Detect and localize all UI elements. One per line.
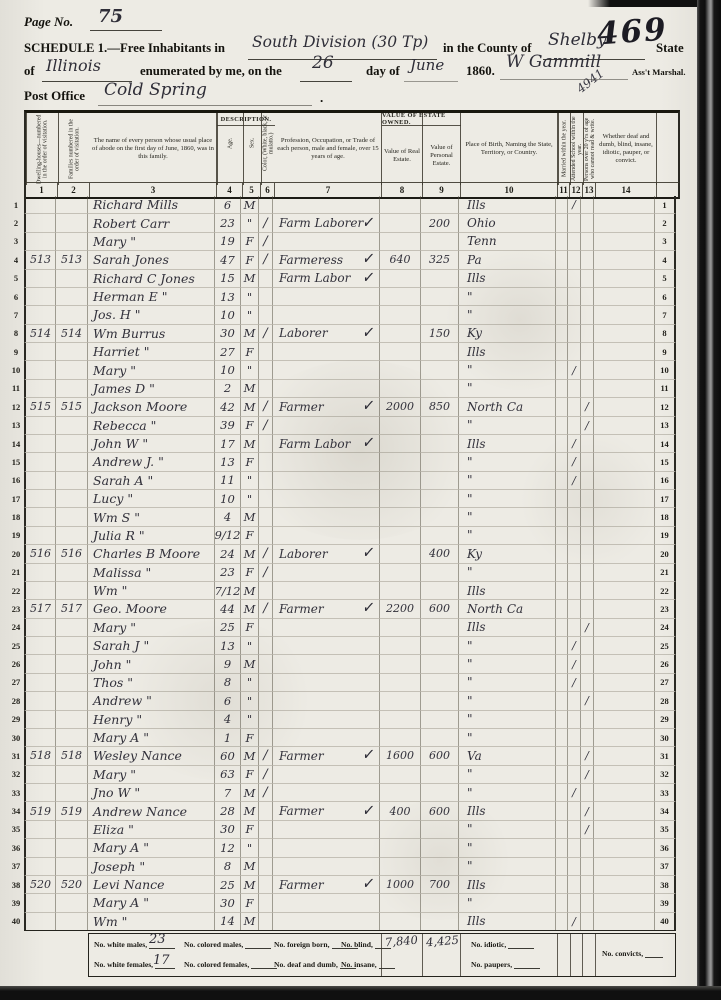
birthplace: Ills bbox=[459, 802, 556, 820]
division-underline bbox=[248, 59, 437, 60]
dwelling-number bbox=[24, 288, 56, 306]
sex: M bbox=[241, 545, 259, 563]
age: 17 bbox=[215, 435, 241, 453]
age: 6 bbox=[215, 196, 241, 214]
col14-blank bbox=[594, 270, 655, 288]
sex: " bbox=[241, 214, 259, 232]
married-mark bbox=[556, 600, 568, 618]
married-mark bbox=[556, 380, 568, 398]
occupation-text: Farmer bbox=[279, 878, 324, 892]
sex: " bbox=[241, 637, 259, 655]
married-mark bbox=[556, 527, 568, 545]
person-name: Sarah Jones bbox=[88, 251, 215, 269]
occupation bbox=[273, 453, 380, 471]
county-value: Shelby bbox=[548, 30, 607, 50]
col14-blank bbox=[594, 196, 655, 214]
family-number: 518 bbox=[56, 747, 88, 765]
school-mark: / bbox=[568, 196, 581, 214]
row-number-right: 30 bbox=[655, 729, 676, 747]
col14-blank bbox=[594, 288, 655, 306]
age: 8 bbox=[215, 858, 241, 876]
row-number-left: 20 bbox=[8, 545, 24, 563]
cantread-mark bbox=[581, 913, 594, 931]
dwelling-number: 517 bbox=[24, 600, 56, 618]
year-value: 1860. bbox=[466, 64, 495, 79]
school-mark: / bbox=[568, 435, 581, 453]
row-number-left: 2 bbox=[8, 214, 24, 232]
color-mark bbox=[259, 435, 273, 453]
age: 30 bbox=[215, 894, 241, 912]
age: 27 bbox=[215, 343, 241, 361]
cantread-mark bbox=[581, 196, 594, 214]
dwelling-number: 516 bbox=[24, 545, 56, 563]
real-estate-value bbox=[380, 435, 421, 453]
married-mark bbox=[556, 766, 568, 784]
table-row: 28Andrew "6""/28 bbox=[8, 692, 676, 710]
person-name: Andrew " bbox=[88, 692, 215, 710]
sex: " bbox=[241, 674, 259, 692]
family-number bbox=[56, 306, 88, 324]
column-number: 4 bbox=[217, 183, 243, 197]
row-number-right: 20 bbox=[655, 545, 676, 563]
row-number-right: 8 bbox=[655, 325, 676, 343]
occupation: Farm Labor✓ bbox=[273, 270, 380, 288]
row-number-right: 35 bbox=[655, 821, 676, 839]
personal-estate-value bbox=[421, 343, 459, 361]
cantread-mark bbox=[581, 361, 594, 379]
col14-blank bbox=[594, 729, 655, 747]
check-mark: ✓ bbox=[361, 874, 376, 896]
row-number-right: 27 bbox=[655, 674, 676, 692]
row-number-right: 32 bbox=[655, 766, 676, 784]
married-mark bbox=[556, 233, 568, 251]
table-row: 15Andrew J. "13F"/15 bbox=[8, 453, 676, 471]
occupation: Farmer✓ bbox=[273, 876, 380, 894]
family-number bbox=[56, 380, 88, 398]
married-mark bbox=[556, 858, 568, 876]
table-row: 3Mary "19F/Tenn3 bbox=[8, 233, 676, 251]
column-number: 8 bbox=[382, 183, 423, 197]
dwelling-number bbox=[24, 361, 56, 379]
check-mark: ✓ bbox=[361, 745, 376, 767]
personal-estate-value bbox=[421, 894, 459, 912]
occupation: Farmer✓ bbox=[273, 802, 380, 820]
row-number-right: 18 bbox=[655, 508, 676, 526]
col14-blank bbox=[594, 637, 655, 655]
school-mark: / bbox=[568, 453, 581, 471]
row-number-right: 26 bbox=[655, 655, 676, 673]
scan-edge-bottom bbox=[0, 986, 721, 1000]
col14-blank bbox=[594, 343, 655, 361]
row-number-left: 39 bbox=[8, 894, 24, 912]
col14-blank bbox=[594, 711, 655, 729]
dwelling-number bbox=[24, 508, 56, 526]
person-name: Mary " bbox=[88, 766, 215, 784]
table-row: 30Mary A "1F"30 bbox=[8, 729, 676, 747]
color-mark: / bbox=[259, 766, 273, 784]
age: 10 bbox=[215, 361, 241, 379]
school-mark bbox=[568, 839, 581, 857]
dwelling-number bbox=[24, 692, 56, 710]
personal-estate-value bbox=[421, 784, 459, 802]
row-number-left: 33 bbox=[8, 784, 24, 802]
person-name: Thos " bbox=[88, 674, 215, 692]
married-mark bbox=[556, 802, 568, 820]
family-number: 514 bbox=[56, 325, 88, 343]
school-mark: / bbox=[568, 784, 581, 802]
family-number bbox=[56, 729, 88, 747]
school-mark bbox=[568, 214, 581, 232]
table-row: 7Jos. H "10""7 bbox=[8, 306, 676, 324]
married-mark bbox=[556, 674, 568, 692]
color-mark bbox=[259, 270, 273, 288]
col14-blank bbox=[594, 453, 655, 471]
column-heading-1: Dwelling-houses—numbered in the order of… bbox=[26, 113, 58, 185]
married-mark bbox=[556, 361, 568, 379]
birthplace: Tenn bbox=[459, 233, 556, 251]
age: 25 bbox=[215, 619, 241, 637]
color-mark bbox=[259, 527, 273, 545]
family-number bbox=[56, 692, 88, 710]
sex: F bbox=[241, 233, 259, 251]
cantread-mark bbox=[581, 600, 594, 618]
color-mark: / bbox=[259, 233, 273, 251]
real-estate-value bbox=[380, 711, 421, 729]
family-number bbox=[56, 472, 88, 490]
real-estate-value bbox=[380, 784, 421, 802]
row-number-right: 24 bbox=[655, 619, 676, 637]
cantread-mark bbox=[581, 711, 594, 729]
table-row: 40Wm "14MIlls/40 bbox=[8, 913, 676, 931]
school-mark: / bbox=[568, 637, 581, 655]
column-number: 1 bbox=[26, 183, 58, 197]
occupation bbox=[273, 821, 380, 839]
col14-blank bbox=[594, 361, 655, 379]
person-name: Andrew J. " bbox=[88, 453, 215, 471]
check-mark: ✓ bbox=[361, 433, 376, 455]
dwelling-number: 513 bbox=[24, 251, 56, 269]
dwelling-number bbox=[24, 784, 56, 802]
dwelling-number bbox=[24, 527, 56, 545]
table-row: 20516516Charles B Moore24M/Laborer✓400Ky… bbox=[8, 545, 676, 563]
person-name: Mary A " bbox=[88, 729, 215, 747]
row-number-right: 14 bbox=[655, 435, 676, 453]
real-estate-value: 1000 bbox=[380, 876, 421, 894]
table-row: 13Rebecca "39F/"/13 bbox=[8, 417, 676, 435]
row-number-right: 2 bbox=[655, 214, 676, 232]
dwelling-number bbox=[24, 472, 56, 490]
sex: F bbox=[241, 894, 259, 912]
column-number: 3 bbox=[90, 183, 217, 197]
check-mark: ✓ bbox=[361, 396, 376, 418]
sex: M bbox=[241, 325, 259, 343]
sex: M bbox=[241, 600, 259, 618]
person-name: Julia R " bbox=[88, 527, 215, 545]
col14-blank bbox=[594, 766, 655, 784]
column-heading-10: Place of Birth, Naming the State, Territ… bbox=[461, 113, 558, 185]
person-name: Jackson Moore bbox=[88, 398, 215, 416]
married-mark bbox=[556, 711, 568, 729]
check-mark: ✓ bbox=[361, 212, 376, 234]
column-heading-4: Age. bbox=[217, 113, 243, 185]
birthplace: Ky bbox=[459, 325, 556, 343]
age: 4 bbox=[215, 508, 241, 526]
col14-blank bbox=[594, 490, 655, 508]
color-mark: / bbox=[259, 251, 273, 269]
table-row: 14John W "17MFarm Labor✓Ills/14 bbox=[8, 435, 676, 453]
column-heading-13: Persons over 20 y'rs of age who cannot r… bbox=[583, 113, 596, 185]
page-no-label: Page No. bbox=[24, 14, 73, 30]
idiotic-item: No. idiotic, bbox=[471, 940, 534, 949]
person-name: Charles B Moore bbox=[88, 545, 215, 563]
family-number bbox=[56, 913, 88, 931]
table-row: 10Mary "10""/10 bbox=[8, 361, 676, 379]
census-schedule-scan: Page No. 75 469 4941 SCHEDULE 1.—Free In… bbox=[0, 0, 721, 1000]
cantread-mark bbox=[581, 564, 594, 582]
row-number-left: 19 bbox=[8, 527, 24, 545]
estate-group-header: Value of Estate Owned. bbox=[382, 113, 461, 126]
birthplace: " bbox=[459, 839, 556, 857]
table-row: 39Mary A "30F"39 bbox=[8, 894, 676, 912]
col14-blank bbox=[594, 527, 655, 545]
birthplace: " bbox=[459, 564, 556, 582]
table-row: 19Julia R "9/12F"19 bbox=[8, 527, 676, 545]
age: 8 bbox=[215, 674, 241, 692]
dwelling-number bbox=[24, 435, 56, 453]
dwelling-number bbox=[24, 564, 56, 582]
real-estate-value bbox=[380, 692, 421, 710]
birthplace: " bbox=[459, 306, 556, 324]
occupation-text: Laborer bbox=[279, 547, 328, 561]
school-mark bbox=[568, 233, 581, 251]
sex: F bbox=[241, 729, 259, 747]
occupation: Laborer✓ bbox=[273, 325, 380, 343]
family-number bbox=[56, 821, 88, 839]
cantread-mark bbox=[581, 325, 594, 343]
color-mark: / bbox=[259, 545, 273, 563]
age: 30 bbox=[215, 325, 241, 343]
married-mark bbox=[556, 913, 568, 931]
row-number-left: 37 bbox=[8, 858, 24, 876]
sex: M bbox=[241, 380, 259, 398]
column-heading-12: Attended School within the year. bbox=[570, 113, 583, 185]
birthplace: " bbox=[459, 637, 556, 655]
cantread-mark bbox=[581, 306, 594, 324]
colored-males-item: No. colored males, bbox=[184, 940, 271, 949]
enumerated-label: enumerated by me, on the bbox=[140, 64, 282, 79]
colored-females-item: No. colored females, bbox=[184, 960, 277, 969]
family-number bbox=[56, 196, 88, 214]
color-mark bbox=[259, 655, 273, 673]
cantread-mark bbox=[581, 435, 594, 453]
school-mark bbox=[568, 398, 581, 416]
footer-divider bbox=[557, 934, 558, 976]
age: 14 bbox=[215, 913, 241, 931]
column-number: 10 bbox=[461, 183, 558, 197]
table-bottom-rule bbox=[24, 930, 676, 931]
birthplace: " bbox=[459, 858, 556, 876]
school-mark bbox=[568, 729, 581, 747]
personal-estate-value bbox=[421, 766, 459, 784]
occupation: Farm Labor✓ bbox=[273, 435, 380, 453]
school-mark bbox=[568, 894, 581, 912]
occupation-text: Farmer bbox=[279, 602, 324, 616]
birthplace: Ills bbox=[459, 913, 556, 931]
page-no-value: 75 bbox=[98, 6, 123, 27]
color-mark bbox=[259, 821, 273, 839]
blank-line bbox=[245, 941, 271, 949]
sex: M bbox=[241, 784, 259, 802]
person-name: Andrew Nance bbox=[88, 802, 215, 820]
column-heading-11: Married within the year. bbox=[558, 113, 570, 185]
birthplace: Ills bbox=[459, 619, 556, 637]
age: 10 bbox=[215, 306, 241, 324]
marshal-signature: W Gammill bbox=[506, 52, 601, 72]
blank-line bbox=[645, 950, 663, 958]
dwelling-number bbox=[24, 894, 56, 912]
birthplace: Ills bbox=[459, 582, 556, 600]
row-number-left: 23 bbox=[8, 600, 24, 618]
check-mark: ✓ bbox=[361, 267, 376, 289]
sex: " bbox=[241, 361, 259, 379]
person-name: Wm Burrus bbox=[88, 325, 215, 343]
division-value: South Division (30 Tp) bbox=[252, 33, 428, 51]
birthplace: " bbox=[459, 894, 556, 912]
married-mark bbox=[556, 306, 568, 324]
dwelling-number bbox=[24, 913, 56, 931]
sex: M bbox=[241, 913, 259, 931]
school-mark: / bbox=[568, 472, 581, 490]
col14-blank bbox=[594, 821, 655, 839]
row-number-left: 31 bbox=[8, 747, 24, 765]
family-number bbox=[56, 637, 88, 655]
blind-item: No. blind, bbox=[341, 940, 391, 949]
table-row: 12515515Jackson Moore42M/Farmer✓2000850N… bbox=[8, 398, 676, 416]
dwelling-number bbox=[24, 417, 56, 435]
page-no-underline bbox=[90, 30, 162, 31]
real-estate-value bbox=[380, 453, 421, 471]
birthplace: " bbox=[459, 472, 556, 490]
occupation bbox=[273, 361, 380, 379]
real-estate-value bbox=[380, 619, 421, 637]
column-number-blank bbox=[657, 183, 678, 197]
row-number-right: 11 bbox=[655, 380, 676, 398]
row-number-left: 36 bbox=[8, 839, 24, 857]
real-estate-value: 1600 bbox=[380, 747, 421, 765]
personal-estate-value bbox=[421, 435, 459, 453]
cantread-mark bbox=[581, 858, 594, 876]
personal-estate-value: 325 bbox=[421, 251, 459, 269]
column-number: 9 bbox=[423, 183, 461, 197]
married-mark bbox=[556, 196, 568, 214]
occupation: Farmer✓ bbox=[273, 747, 380, 765]
cantread-mark bbox=[581, 545, 594, 563]
married-mark bbox=[556, 508, 568, 526]
sex: M bbox=[241, 655, 259, 673]
sex: F bbox=[241, 343, 259, 361]
school-mark: / bbox=[568, 674, 581, 692]
cantread-mark bbox=[581, 233, 594, 251]
birthplace: " bbox=[459, 692, 556, 710]
dwelling-number bbox=[24, 858, 56, 876]
family-number: 516 bbox=[56, 545, 88, 563]
personal-estate-value bbox=[421, 692, 459, 710]
married-mark bbox=[556, 472, 568, 490]
row-number-left: 21 bbox=[8, 564, 24, 582]
sex: M bbox=[241, 858, 259, 876]
birthplace: North Ca bbox=[459, 398, 556, 416]
person-name: Herman E " bbox=[88, 288, 215, 306]
table-row: 21Malissa "23F/"21 bbox=[8, 564, 676, 582]
occupation: Farmer✓ bbox=[273, 398, 380, 416]
age: 19 bbox=[215, 233, 241, 251]
row-number-right: 4 bbox=[655, 251, 676, 269]
footer-divider bbox=[570, 934, 571, 976]
col14-blank bbox=[594, 913, 655, 931]
table-row: 32Mary "63F/"/32 bbox=[8, 766, 676, 784]
birthplace: Va bbox=[459, 747, 556, 765]
personal-estate-value bbox=[421, 711, 459, 729]
occupation: Farmeress✓ bbox=[273, 251, 380, 269]
family-number: 517 bbox=[56, 600, 88, 618]
row-number-left: 26 bbox=[8, 655, 24, 673]
real-estate-value bbox=[380, 858, 421, 876]
real-estate-value bbox=[380, 582, 421, 600]
dwelling-number bbox=[24, 214, 56, 232]
married-mark bbox=[556, 729, 568, 747]
table-row: 36Mary A "12""36 bbox=[8, 839, 676, 857]
total-personal-estate: 4,425 bbox=[425, 933, 459, 950]
dwelling-number bbox=[24, 729, 56, 747]
cantread-mark bbox=[581, 251, 594, 269]
table-row: 8514514Wm Burrus30M/Laborer✓150Ky8 bbox=[8, 325, 676, 343]
family-number bbox=[56, 564, 88, 582]
state-value: Illinois bbox=[46, 56, 101, 75]
school-mark bbox=[568, 766, 581, 784]
real-estate-value: 640 bbox=[380, 251, 421, 269]
table-row: 11James D "2M"11 bbox=[8, 380, 676, 398]
married-mark bbox=[556, 343, 568, 361]
school-mark bbox=[568, 251, 581, 269]
column-heading-2: Families numbered in the order of visita… bbox=[58, 113, 90, 185]
family-number bbox=[56, 766, 88, 784]
row-number-left: 15 bbox=[8, 453, 24, 471]
blank-line bbox=[514, 961, 540, 969]
family-number bbox=[56, 490, 88, 508]
table-row: 38520520Levi Nance25MFarmer✓1000700Ills3… bbox=[8, 876, 676, 894]
cantread-mark bbox=[581, 729, 594, 747]
sex: " bbox=[241, 306, 259, 324]
dwelling-number bbox=[24, 674, 56, 692]
row-number-right: 3 bbox=[655, 233, 676, 251]
color-mark bbox=[259, 380, 273, 398]
birthplace: " bbox=[459, 508, 556, 526]
col14-blank bbox=[594, 251, 655, 269]
col14-blank bbox=[594, 674, 655, 692]
personal-estate-value: 600 bbox=[421, 747, 459, 765]
married-mark bbox=[556, 894, 568, 912]
row-number-right: 5 bbox=[655, 270, 676, 288]
color-mark bbox=[259, 361, 273, 379]
personal-estate-value: 850 bbox=[421, 398, 459, 416]
color-mark bbox=[259, 490, 273, 508]
color-mark bbox=[259, 619, 273, 637]
table-row: 22Wm "7/12MIlls22 bbox=[8, 582, 676, 600]
post-office-underline bbox=[98, 105, 312, 106]
occupation bbox=[273, 766, 380, 784]
family-number bbox=[56, 582, 88, 600]
family-number bbox=[56, 417, 88, 435]
